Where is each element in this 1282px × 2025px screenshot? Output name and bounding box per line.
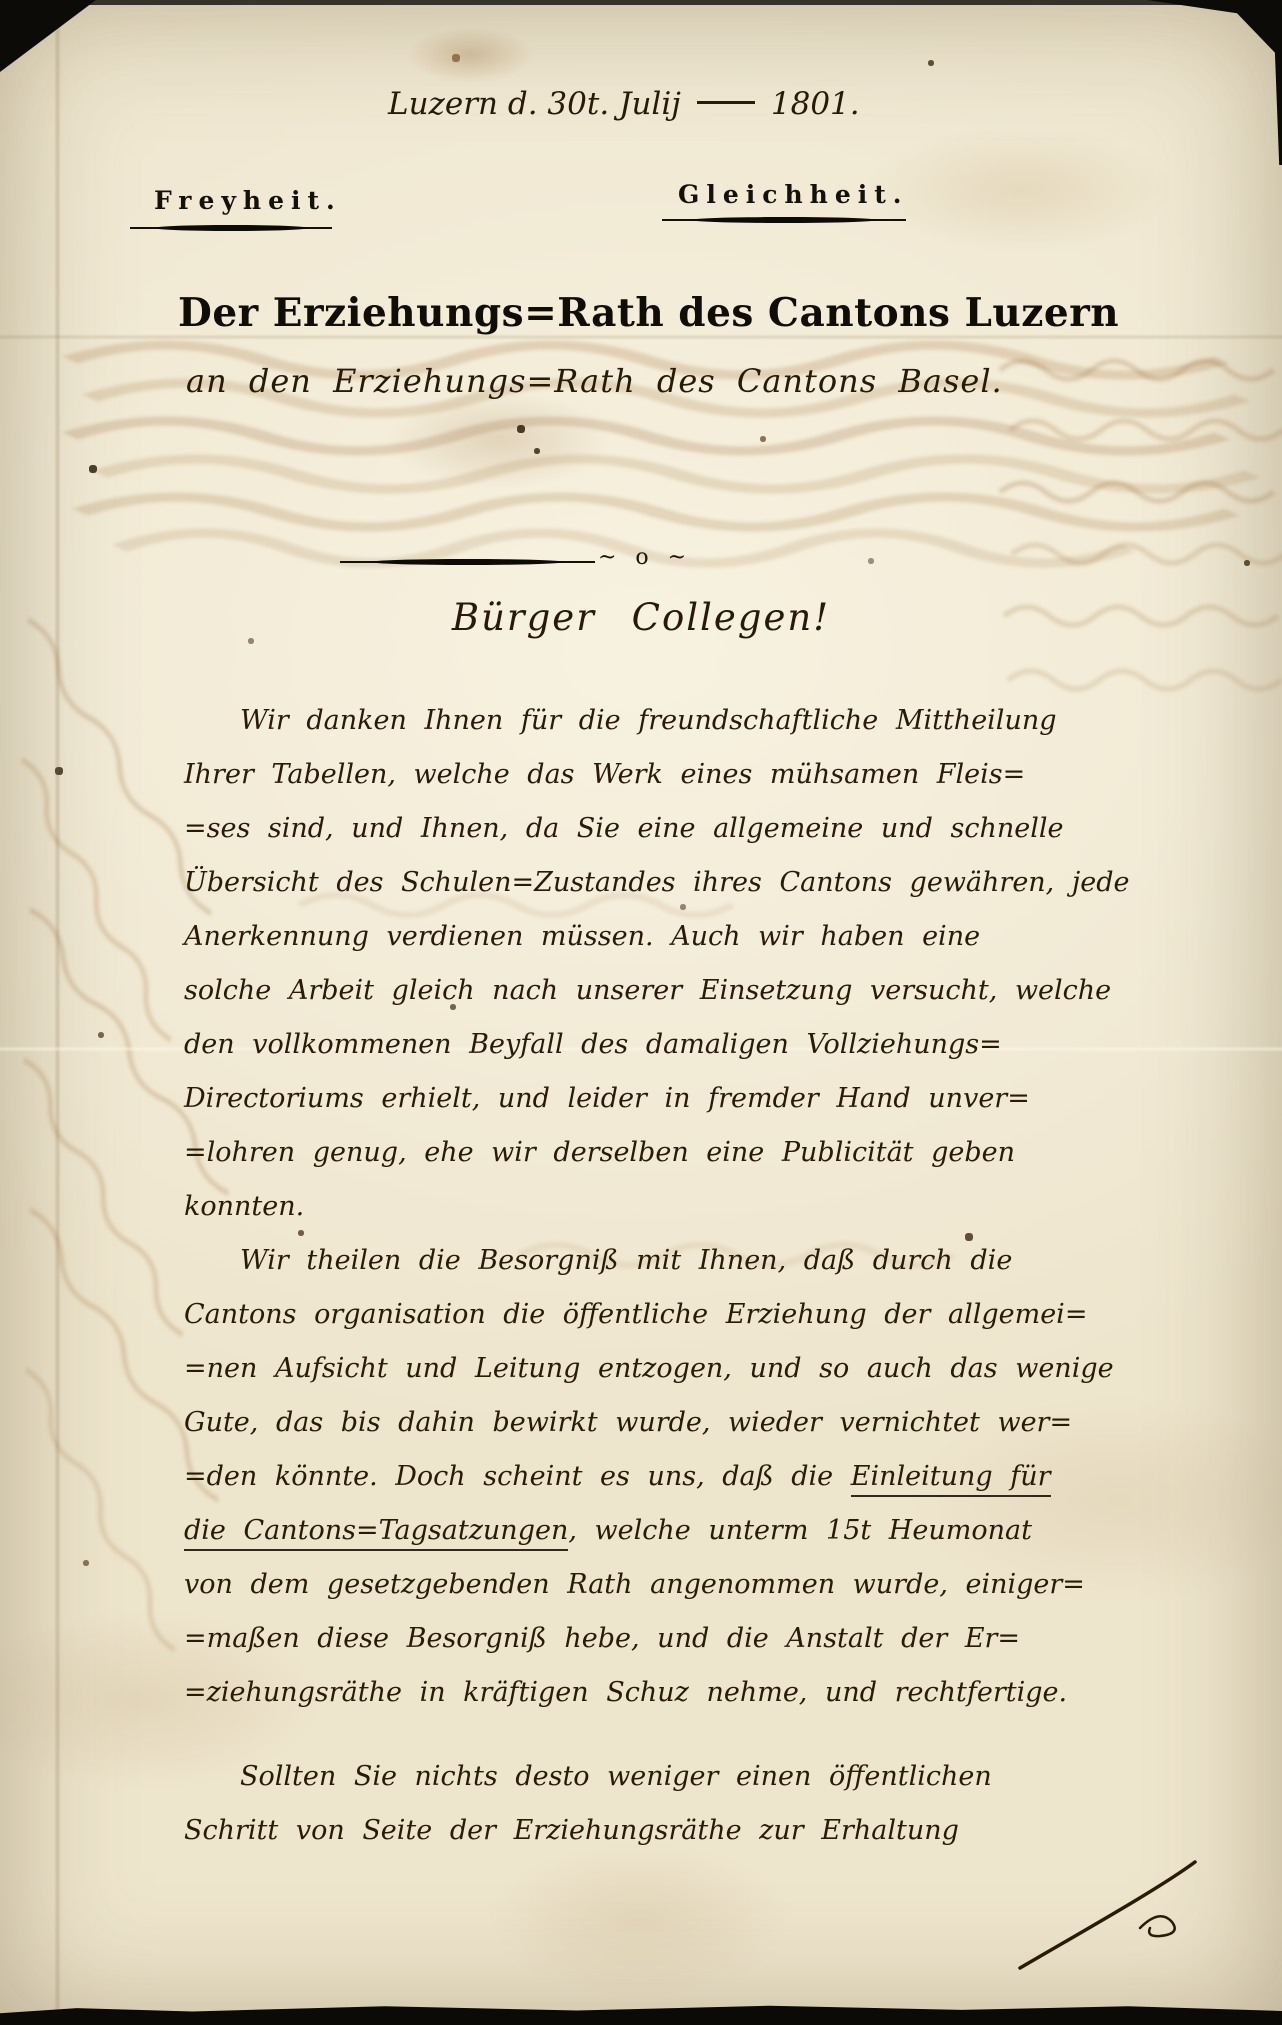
body-line: Ihrer Tabellen, welche das Werk eines mü…: [184, 748, 984, 802]
dateline: Luzern d. 30t. Julij1801.: [388, 86, 860, 122]
body-line: konnten.: [184, 1180, 984, 1234]
body-paragraph: Sollten Sie nichts desto weniger einen ö…: [184, 1750, 984, 1858]
body-line: =den könnte. Doch scheint es uns, daß di…: [184, 1450, 984, 1504]
divider-rule: [340, 558, 595, 566]
pen-flourish: [990, 1850, 1220, 1980]
body-paragraph: Wir danken Ihnen für die freundschaftlic…: [184, 694, 984, 1234]
body-line: =lohren genug, ehe wir derselben eine Pu…: [184, 1126, 984, 1180]
masthead-right-underline: [662, 216, 906, 224]
masthead-right-label: Gleichheit.: [678, 180, 908, 209]
salutation: Bürger Collegen!: [0, 596, 1282, 639]
vertical-fold-crease: [54, 0, 61, 2025]
body-line: Übersicht des Schulen=Zustandes ihres Ca…: [184, 856, 984, 910]
divider-ornament: ~ o ~: [598, 545, 692, 570]
body-line: von dem gesetzgebenden Rath angenommen w…: [184, 1558, 984, 1612]
scan-corner-top-left: [0, 0, 96, 72]
letter-addressee: an den Erziehungs=Rath des Cantons Basel…: [186, 362, 946, 400]
document-page: Luzern d. 30t. Julij1801. Freyheit. Glei…: [0, 0, 1282, 2025]
dateline-place-date: Luzern d. 30t. Julij: [388, 86, 681, 122]
body-line: Wir danken Ihnen für die freundschaftlic…: [184, 694, 984, 748]
scan-edge-bottom: [0, 1999, 1282, 2025]
body-line: Gute, das bis dahin bewirkt wurde, wiede…: [184, 1396, 984, 1450]
body-line: =ses sind, und Ihnen, da Sie eine allgem…: [184, 802, 984, 856]
scan-edge-top: [0, 0, 1282, 5]
body-line: Sollten Sie nichts desto weniger einen ö…: [184, 1750, 984, 1804]
letter-sender-heading: Der Erziehungs=Rath des Cantons Luzern: [178, 290, 914, 336]
body-paragraph: Wir theilen die Besorgniß mit Ihnen, daß…: [184, 1234, 984, 1720]
dateline-year: 1801.: [771, 86, 860, 122]
dateline-dash: [697, 101, 755, 104]
body-line: Directoriums erhielt, und leider in frem…: [184, 1072, 984, 1126]
scan-corner-top-right: [1132, 0, 1282, 60]
body-line: solche Arbeit gleich nach unserer Einset…: [184, 964, 984, 1018]
body-line: Schritt von Seite der Erziehungsräthe zu…: [184, 1804, 984, 1858]
body-line: Anerkennung verdienen müssen. Auch wir h…: [184, 910, 984, 964]
masthead-left-underline: [130, 224, 332, 232]
masthead-left-label: Freyheit.: [154, 186, 342, 215]
body-line: =nen Aufsicht und Leitung entzogen, und …: [184, 1342, 984, 1396]
body-line: =maßen diese Besorgniß hebe, und die Ans…: [184, 1612, 984, 1666]
body-text: Wir danken Ihnen für die freundschaftlic…: [184, 694, 984, 1858]
body-line: =ziehungsräthe in kräftigen Schuz nehme,…: [184, 1666, 984, 1720]
body-line: den vollkommenen Beyfall des damaligen V…: [184, 1018, 984, 1072]
body-line: die Cantons=Tagsatzungen, welche unterm …: [184, 1504, 984, 1558]
body-line: Wir theilen die Besorgniß mit Ihnen, daß…: [184, 1234, 984, 1288]
body-line: Cantons organisation die öffentliche Erz…: [184, 1288, 984, 1342]
